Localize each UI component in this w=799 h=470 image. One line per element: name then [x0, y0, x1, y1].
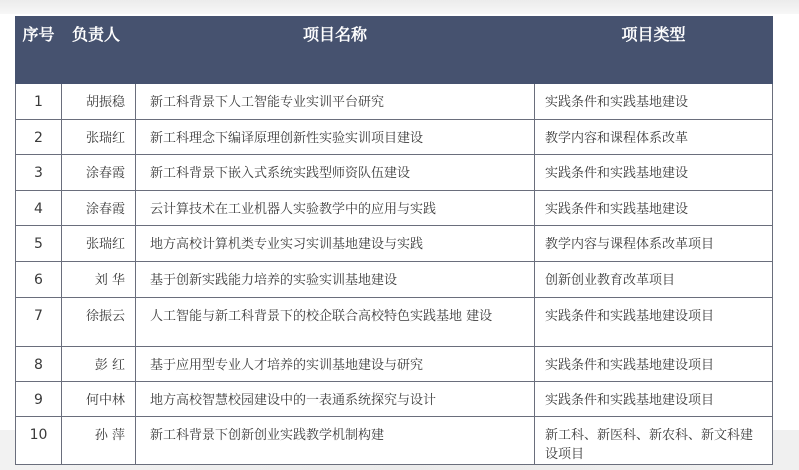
header-project-name: 项目名称 [136, 17, 535, 84]
cell-project-type: 实践条件和实践基地建设 [535, 84, 773, 120]
background-top [0, 0, 799, 14]
project-table: 序号 负责人 项目名称 项目类型 1 胡振稳 新工科背景下人工智能专业实训平台研… [15, 16, 773, 465]
cell-owner: 彭 红 [62, 347, 136, 382]
cell-project-name: 基于创新实践能力培养的实验实训基地建设 [136, 262, 535, 298]
cell-project-name: 地方高校智慧校园建设中的一表通系统探究与设计 [136, 382, 535, 417]
cell-owner: 刘 华 [62, 262, 136, 298]
cell-project-name: 地方高校计算机类专业实习实训基地建设与实践 [136, 226, 535, 262]
table-row: 5 张瑞红 地方高校计算机类专业实习实训基地建设与实践 教学内容与课程体系改革项… [16, 226, 773, 262]
cell-owner: 张瑞红 [62, 226, 136, 262]
cell-owner: 涂春霞 [62, 155, 136, 191]
cell-no: 2 [16, 120, 62, 155]
header-owner: 负责人 [62, 17, 136, 84]
cell-no: 6 [16, 262, 62, 298]
cell-no: 3 [16, 155, 62, 191]
cell-project-name: 基于应用型专业人才培养的实训基地建设与研究 [136, 347, 535, 382]
table-row: 9 何中林 地方高校智慧校园建设中的一表通系统探究与设计 实践条件和实践基地建设… [16, 382, 773, 417]
table-row: 1 胡振稳 新工科背景下人工智能专业实训平台研究 实践条件和实践基地建设 [16, 84, 773, 120]
table-row: 8 彭 红 基于应用型专业人才培养的实训基地建设与研究 实践条件和实践基地建设项… [16, 347, 773, 382]
cell-project-type: 教学内容与课程体系改革项目 [535, 226, 773, 262]
cell-no: 10 [16, 417, 62, 465]
table-row: 3 涂春霞 新工科背景下嵌入式系统实践型师资队伍建设 实践条件和实践基地建设 [16, 155, 773, 191]
cell-project-type: 教学内容和课程体系改革 [535, 120, 773, 155]
cell-project-type: 实践条件和实践基地建设 [535, 191, 773, 226]
cell-owner: 涂春霞 [62, 191, 136, 226]
cell-project-type: 实践条件和实践基地建设 [535, 155, 773, 191]
table-row: 6 刘 华 基于创新实践能力培养的实验实训基地建设 创新创业教育改革项目 [16, 262, 773, 298]
table-row: 2 张瑞红 新工科理念下编译原理创新性实验实训项目建设 教学内容和课程体系改革 [16, 120, 773, 155]
cell-owner: 何中林 [62, 382, 136, 417]
table-header: 序号 负责人 项目名称 项目类型 [16, 17, 773, 84]
table-row: 10 孙 萍 新工科背景下创新创业实践教学机制构建 新工科、新医科、新农科、新文… [16, 417, 773, 465]
cell-no: 4 [16, 191, 62, 226]
cell-project-type: 实践条件和实践基地建设项目 [535, 298, 773, 347]
table-row: 7 徐振云 人工智能与新工科背景下的校企联合高校特色实践基地 建设 实践条件和实… [16, 298, 773, 347]
cell-project-name: 新工科背景下创新创业实践教学机制构建 [136, 417, 535, 465]
cell-project-name: 人工智能与新工科背景下的校企联合高校特色实践基地 建设 [136, 298, 535, 347]
cell-project-name: 新工科背景下嵌入式系统实践型师资队伍建设 [136, 155, 535, 191]
cell-project-type: 实践条件和实践基地建设项目 [535, 347, 773, 382]
cell-project-type: 创新创业教育改革项目 [535, 262, 773, 298]
cell-no: 8 [16, 347, 62, 382]
cell-no: 1 [16, 84, 62, 120]
cell-project-name: 云计算技术在工业机器人实验教学中的应用与实践 [136, 191, 535, 226]
cell-owner: 孙 萍 [62, 417, 136, 465]
cell-no: 9 [16, 382, 62, 417]
cell-no: 7 [16, 298, 62, 347]
cell-project-type: 实践条件和实践基地建设项目 [535, 382, 773, 417]
header-row: 序号 负责人 项目名称 项目类型 [16, 17, 773, 84]
cell-owner: 张瑞红 [62, 120, 136, 155]
cell-owner: 徐振云 [62, 298, 136, 347]
cell-no: 5 [16, 226, 62, 262]
cell-project-name: 新工科理念下编译原理创新性实验实训项目建设 [136, 120, 535, 155]
cell-project-name: 新工科背景下人工智能专业实训平台研究 [136, 84, 535, 120]
table-body: 1 胡振稳 新工科背景下人工智能专业实训平台研究 实践条件和实践基地建设 2 张… [16, 84, 773, 465]
cell-project-type: 新工科、新医科、新农科、新文科建设项目 [535, 417, 773, 465]
header-no: 序号 [16, 17, 62, 84]
header-project-type: 项目类型 [535, 17, 773, 84]
project-table-container: 序号 负责人 项目名称 项目类型 1 胡振稳 新工科背景下人工智能专业实训平台研… [15, 16, 772, 465]
table-row: 4 涂春霞 云计算技术在工业机器人实验教学中的应用与实践 实践条件和实践基地建设 [16, 191, 773, 226]
cell-owner: 胡振稳 [62, 84, 136, 120]
